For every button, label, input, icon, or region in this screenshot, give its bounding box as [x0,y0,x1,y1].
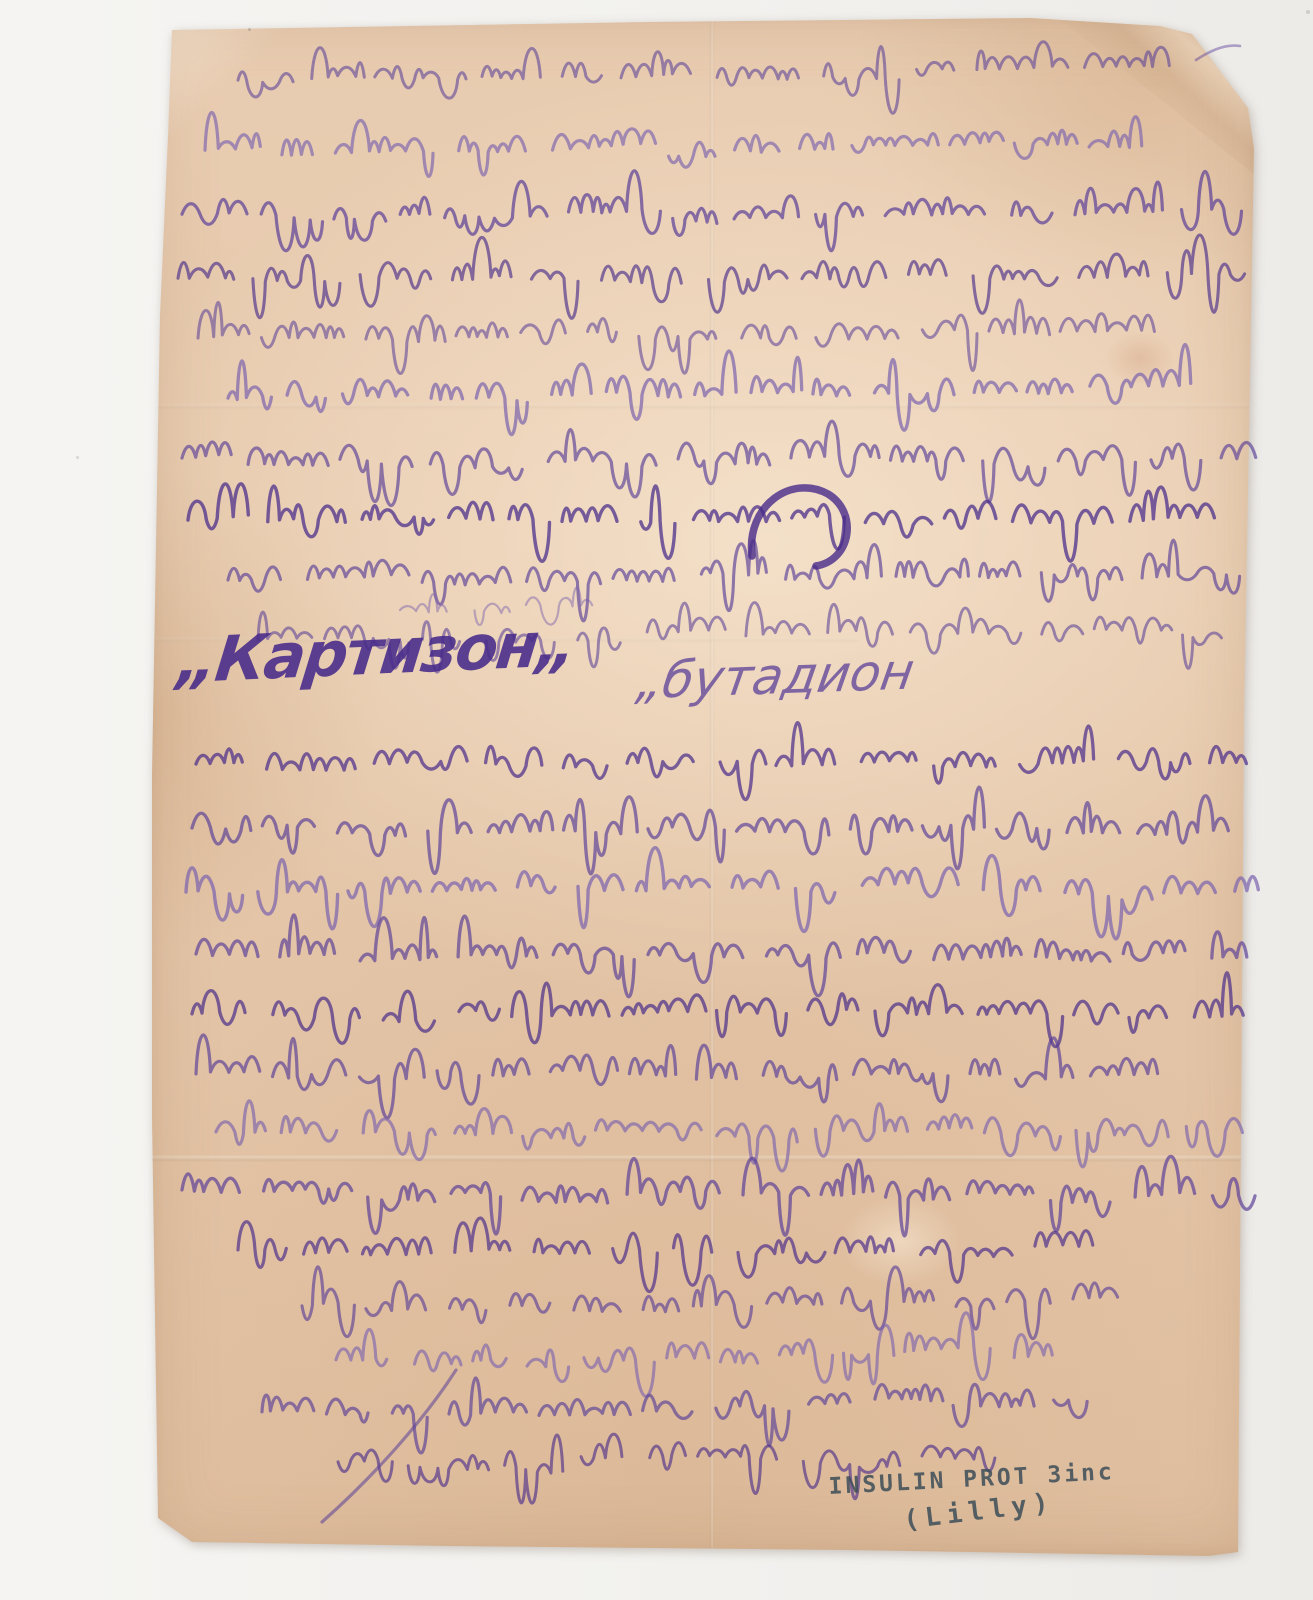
horizontal-fold-crease [150,1156,1256,1161]
corner-fold-top-right [1056,16,1256,176]
paper-stain [1105,331,1175,386]
paper-stain [840,1196,960,1286]
vertical-fold-crease [710,16,714,1556]
scan-speck [1306,10,1310,14]
scanned-letter [150,16,1256,1556]
medication-word-butadion: „бутадион [633,642,919,710]
horizontal-fold-crease [150,404,1256,408]
letter-paper [150,16,1256,1556]
scan-speck [76,456,79,459]
corner-wear-top-left [150,16,300,136]
scan-speck [248,28,251,31]
